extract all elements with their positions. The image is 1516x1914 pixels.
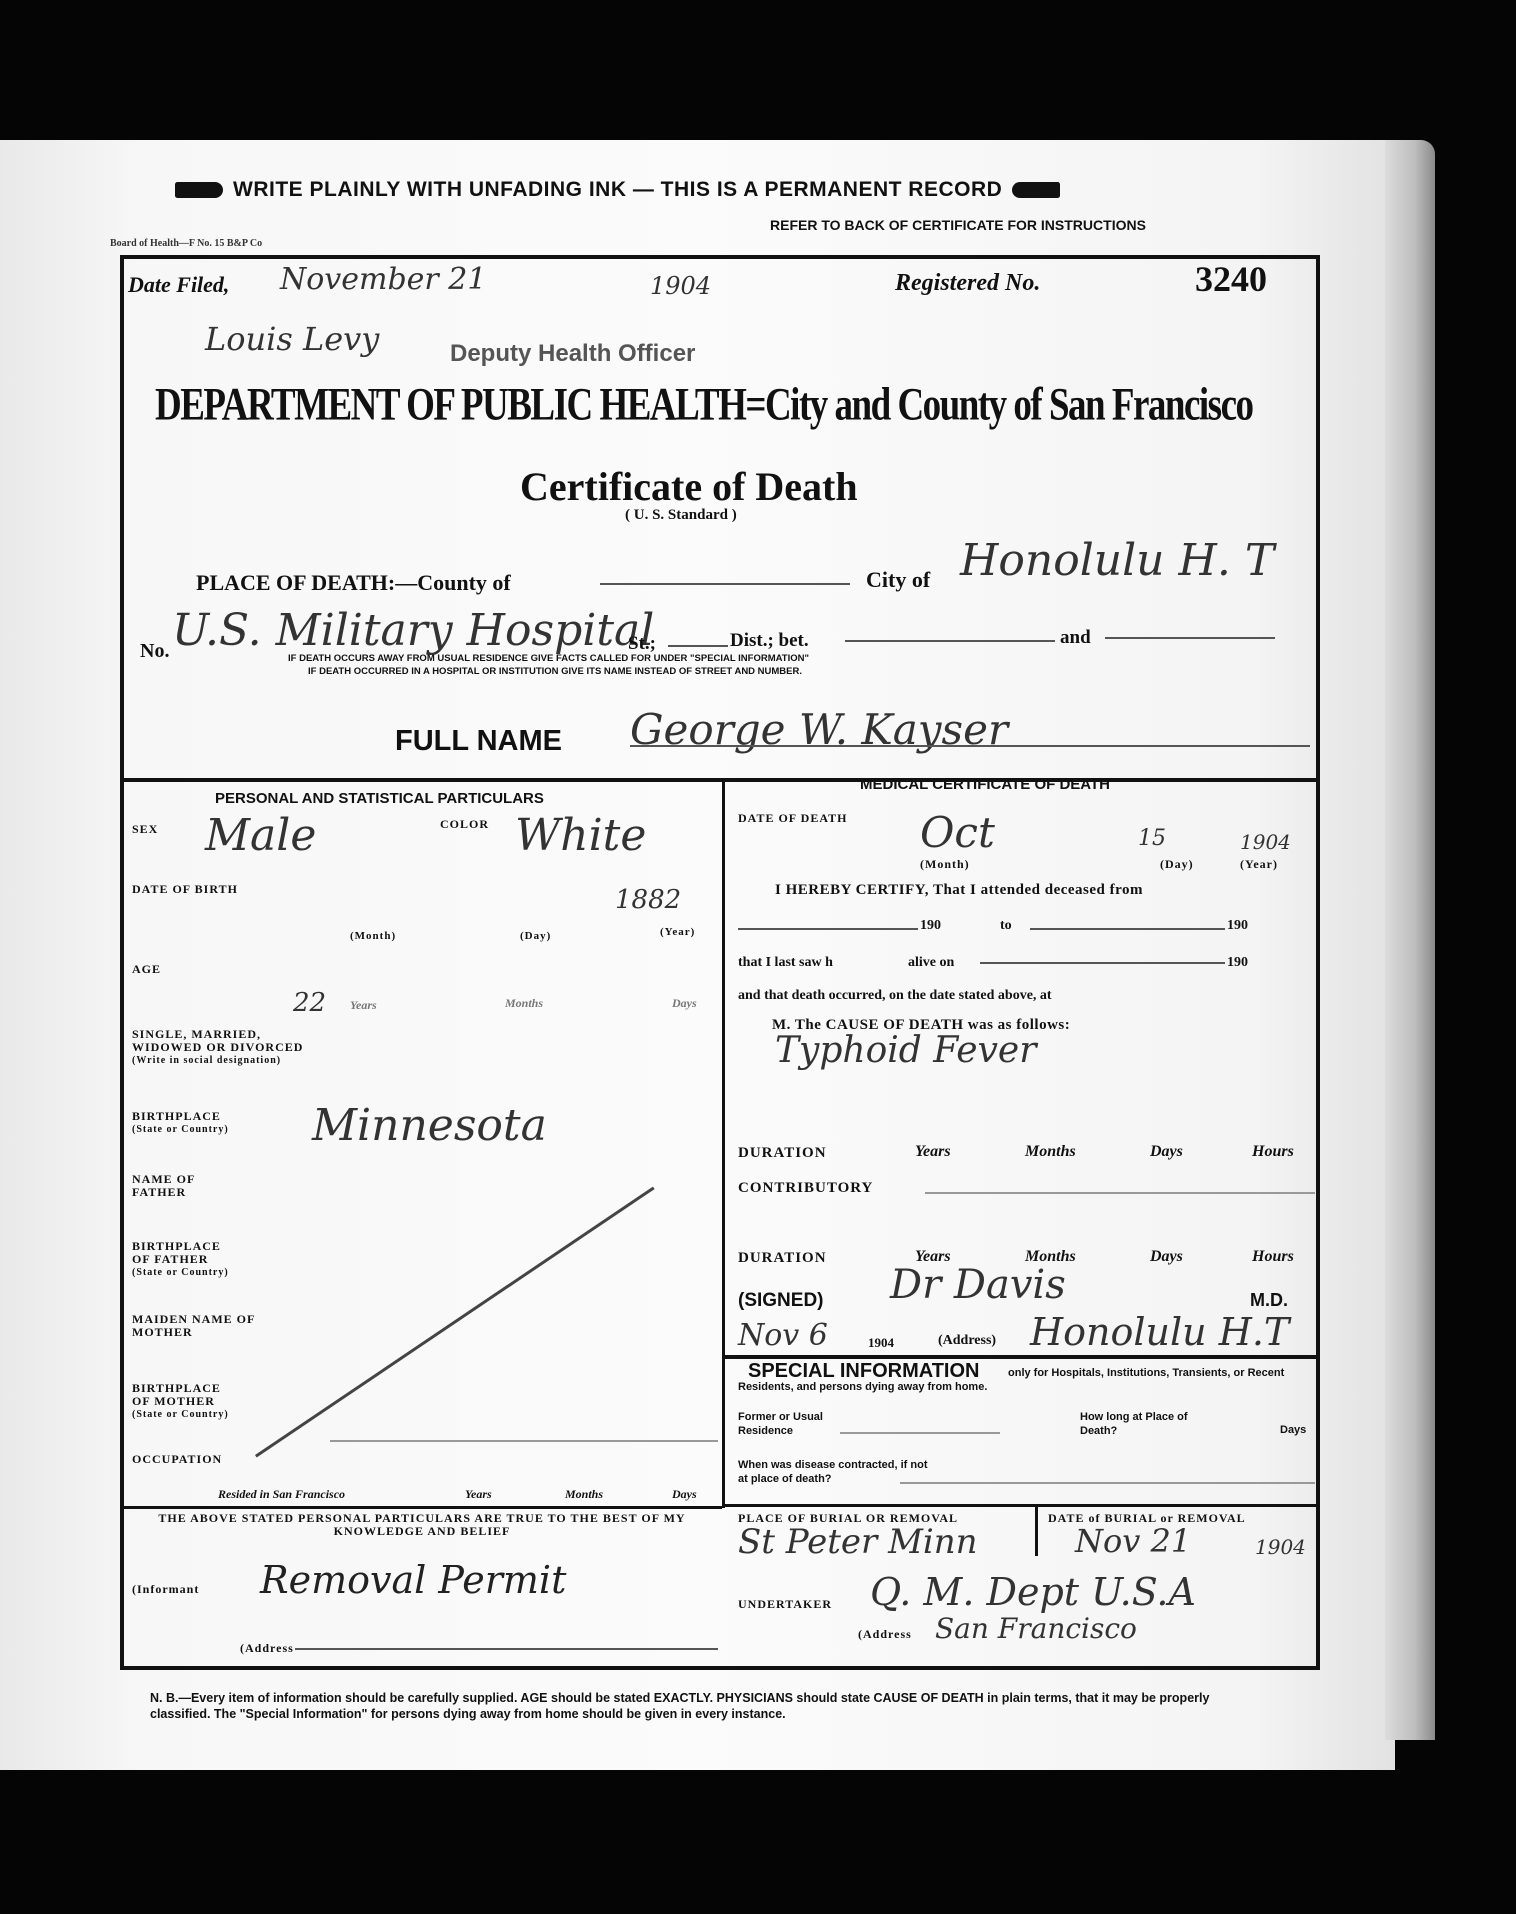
physician-address-value: Honolulu H.T — [1030, 1310, 1289, 1354]
contributory-label: CONTRIBUTORY — [738, 1180, 873, 1197]
contributory-days: Days — [1150, 1248, 1183, 1266]
death-year-value: 1904 — [1240, 830, 1291, 854]
informant-address-label: (Address — [240, 1642, 294, 1655]
resided-days: Days — [672, 1487, 697, 1502]
page-edge — [1385, 140, 1435, 1740]
signed-label: (SIGNED) — [738, 1290, 824, 1312]
dob-year-value: 1882 — [615, 885, 681, 915]
birthplace-sub: (State or Country) — [132, 1123, 229, 1136]
age-years-value: 22 — [293, 988, 326, 1018]
pointing-hand-icon — [1012, 182, 1060, 198]
birthplace-value: Minnesota — [312, 1100, 547, 1151]
date-filed-value: November 21 — [280, 262, 486, 297]
dob-label: DATE OF BIRTH — [132, 883, 238, 896]
death-day-value: 15 — [1138, 826, 1166, 851]
how-long-label: How long at Place of Death? — [1080, 1410, 1220, 1438]
burial-place-value: St Peter Minn — [738, 1522, 978, 1562]
street-label: St.; — [628, 633, 656, 655]
age-label: AGE — [132, 963, 161, 976]
duration-days: Days — [1150, 1143, 1183, 1161]
dob-day-label: (Day) — [520, 930, 551, 943]
certify-text: I HEREBY CERTIFY, That I attended deceas… — [775, 882, 1143, 899]
signed-date: Nov 6 — [738, 1318, 828, 1353]
death-month-value: Oct — [920, 808, 995, 857]
date-of-death-label: DATE OF DEATH — [738, 812, 847, 825]
date-filed-label: Date Filed, — [128, 272, 229, 298]
birthplace-label: BIRTHPLACE — [132, 1110, 221, 1123]
undertaker-address-label: (Address — [858, 1628, 912, 1641]
full-name-label: FULL NAME — [395, 725, 562, 758]
informant-value: Removal Permit — [260, 1558, 566, 1602]
footer-note: N. B.—Every item of information should b… — [150, 1690, 1230, 1722]
residence-note: IF DEATH OCCURS AWAY FROM USUAL RESIDENC… — [288, 653, 809, 664]
date-filed-year: 1904 — [650, 272, 711, 300]
signed-year: 1904 — [868, 1335, 894, 1351]
year-prefix: 190 — [920, 918, 941, 934]
dob-year-label: (Year) — [660, 926, 695, 939]
hospital-note: IF DEATH OCCURRED IN A HOSPITAL OR INSTI… — [308, 666, 802, 677]
duration-hours: Hours — [1252, 1143, 1294, 1161]
informant-label: (Informant — [132, 1583, 199, 1596]
contributory-duration-label: DURATION — [738, 1250, 827, 1267]
father-name-label: NAME OF FATHER — [132, 1173, 222, 1199]
mother-birthplace-sub: (State or Country) — [132, 1408, 229, 1421]
banner-text: WRITE PLAINLY WITH UNFADING INK — THIS I… — [233, 178, 1002, 201]
form-number: Board of Health—F No. 15 B&P Co — [110, 238, 262, 249]
color-value: White — [515, 810, 646, 861]
attestation: THE ABOVE STATED PERSONAL PARTICULARS AR… — [132, 1512, 712, 1538]
burial-year: 1904 — [1255, 1535, 1306, 1559]
no-label: No. — [140, 640, 169, 663]
year-prefix: 190 — [1227, 918, 1248, 934]
dist-label: Dist.; bet. — [730, 630, 809, 652]
cause-value: Typhoid Fever — [775, 1030, 1036, 1071]
contributory-hours: Hours — [1252, 1248, 1294, 1266]
physician-address-label: (Address) — [938, 1333, 996, 1349]
resided-months: Months — [565, 1487, 603, 1502]
marital-sub: (Write in social designation) — [132, 1054, 281, 1067]
resided-label: Resided in San Francisco — [218, 1487, 345, 1502]
department-heading: DEPARTMENT OF PUBLIC HEALTH=City and Cou… — [155, 378, 1253, 432]
age-years-label: Years — [350, 998, 377, 1013]
death-day-label: (Day) — [1160, 858, 1194, 871]
father-birthplace-label: BIRTHPLACE OF FATHER — [132, 1240, 242, 1266]
marital-label: SINGLE, MARRIED, WIDOWED OR DIVORCED — [132, 1028, 332, 1054]
alive-on-label: alive on — [908, 955, 954, 971]
death-month-label: (Month) — [920, 858, 970, 871]
pointing-hand-icon — [175, 182, 223, 198]
resided-years: Years — [465, 1487, 492, 1502]
former-residence-label: Former or Usual Residence — [738, 1410, 848, 1438]
father-birthplace-sub: (State or Country) — [132, 1266, 229, 1279]
undertaker-value: Q. M. Dept U.S.A — [870, 1570, 1196, 1614]
instructions-note: REFER TO BACK OF CERTIFICATE FOR INSTRUC… — [770, 217, 1146, 233]
age-months-label: Months — [505, 996, 543, 1011]
year-prefix: 190 — [1227, 955, 1248, 971]
last-saw-label: that I last saw h — [738, 955, 833, 971]
banner: WRITE PLAINLY WITH UNFADING INK — THIS I… — [165, 178, 1070, 202]
hospital-value: U.S. Military Hospital — [172, 605, 654, 656]
mother-birthplace-label: BIRTHPLACE OF MOTHER — [132, 1382, 242, 1408]
registered-number: 3240 — [1195, 258, 1267, 300]
certificate-title: Certificate of Death — [520, 463, 858, 510]
place-of-death-label: PLACE OF DEATH:—County of — [196, 570, 511, 596]
physician-signature: Dr Davis — [890, 1262, 1066, 1308]
registered-label: Registered No. — [895, 270, 1040, 297]
occupation-label: OCCUPATION — [132, 1453, 222, 1466]
age-days-label: Days — [672, 996, 697, 1011]
md-label: M.D. — [1250, 1290, 1288, 1311]
dob-month-label: (Month) — [350, 930, 396, 943]
duration-years: Years — [915, 1143, 951, 1161]
city-label: City of — [866, 567, 930, 593]
sex-label: SEX — [132, 823, 158, 836]
city-value: Honolulu H. T — [960, 535, 1274, 586]
personal-section-title: PERSONAL AND STATISTICAL PARTICULARS — [215, 790, 544, 807]
certificate-subtitle: ( U. S. Standard ) — [625, 507, 737, 524]
duration-months: Months — [1025, 1143, 1076, 1161]
undertaker-address-value: San Francisco — [935, 1612, 1137, 1645]
to-label: to — [1000, 918, 1012, 934]
burial-date-value: Nov 21 — [1075, 1522, 1191, 1560]
duration-label: DURATION — [738, 1145, 827, 1162]
mother-name-label: MAIDEN NAME OF MOTHER — [132, 1313, 272, 1339]
special-info-subtitle: only for Hospitals, Institutions, Transi… — [738, 1366, 1308, 1394]
color-label: COLOR — [440, 818, 489, 831]
sex-value: Male — [205, 810, 316, 861]
officer-signature: Louis Levy — [205, 320, 379, 358]
how-long-days: Days — [1280, 1424, 1306, 1436]
death-year-label: (Year) — [1240, 858, 1278, 871]
death-occurred-label: and that death occurred, on the date sta… — [738, 988, 1052, 1004]
medical-section-title: MEDICAL CERTIFICATE OF DEATH — [860, 776, 1110, 793]
officer-title: Deputy Health Officer — [450, 340, 695, 368]
and-label: and — [1060, 627, 1091, 649]
undertaker-label: UNDERTAKER — [738, 1598, 832, 1611]
